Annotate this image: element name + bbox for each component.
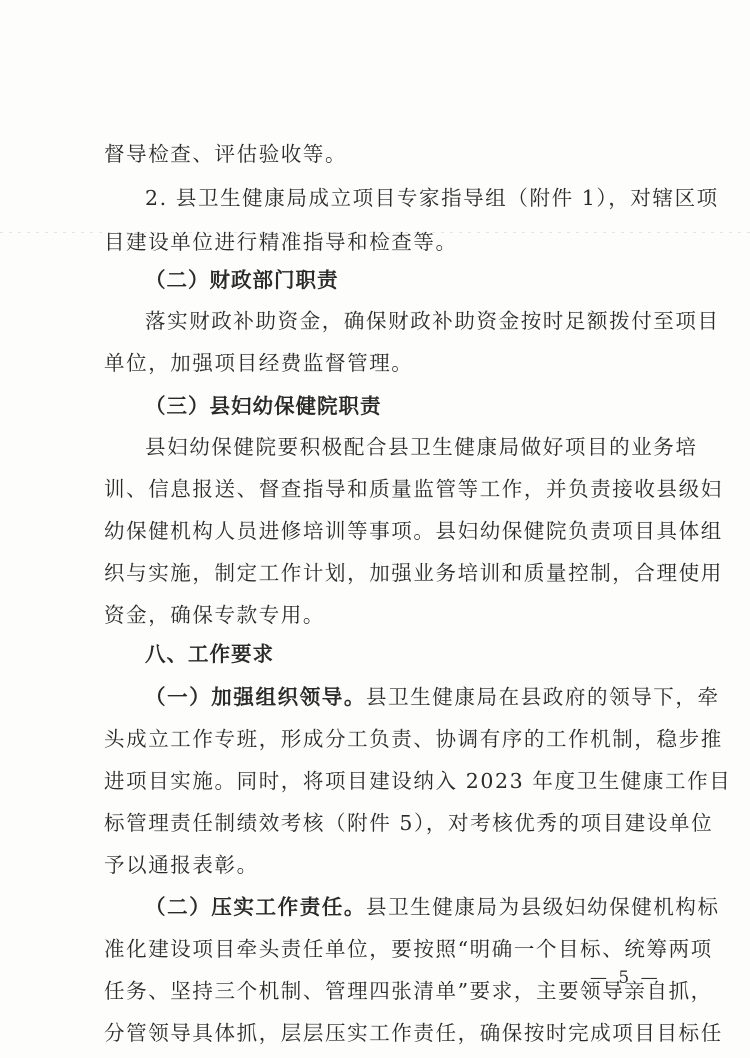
paragraph-line: 县妇幼保健院要积极配合县卫生健康局做好项目的业务培	[145, 433, 652, 461]
paragraph-line: 标管理责任制绩效考核（附件 5），对考核优秀的项目建设单位	[104, 809, 652, 837]
paragraph-line: 督导检查、评估验收等。	[104, 140, 652, 168]
page-number: — 5 —	[590, 968, 661, 988]
paragraph-line: 单位，加强项目经费监督管理。	[104, 349, 652, 377]
paragraph-line: 幼保健机构人员进修培训等事项。县妇幼保健院负责项目具体组	[104, 517, 652, 545]
paragraph-line: 资金，确保专款专用。	[104, 601, 652, 629]
paragraph-line: 目建设单位进行精准指导和检查等。	[104, 228, 652, 256]
paragraph-line: 进项目实施。同时，将项目建设纳入 2023 年度卫生健康工作目	[104, 767, 652, 795]
paragraph-line: 织与实施，制定工作计划，加强业务培训和质量控制，合理使用	[104, 559, 652, 587]
paragraph-line: 落实财政补助资金，确保财政补助资金按时足额拨付至项目	[145, 307, 652, 335]
paragraph-line-with-lead: （一）加强组织领导。县卫生健康局在县政府的领导下，牵	[145, 683, 652, 711]
section-heading-mch: （三）县妇幼保健院职责	[145, 392, 652, 420]
section-heading-finance: （二）财政部门职责	[145, 266, 652, 294]
paragraph-line: 2. 县卫生健康局成立项目专家指导组（附件 1），对辖区项	[145, 184, 652, 212]
lead-heading: （二）压实工作责任。	[145, 895, 366, 919]
lead-text: 县卫生健康局为县级妇幼保健机构标	[366, 895, 720, 919]
paragraph-line: 头成立工作专班，形成分工负责、协调有序的工作机制，稳步推	[104, 725, 652, 753]
paragraph-line-with-lead: （二）压实工作责任。县卫生健康局为县级妇幼保健机构标	[145, 893, 652, 921]
paragraph-line: 任务、坚持三个机制、管理四张清单”要求，主要领导亲自抓，	[104, 977, 652, 1005]
lead-text: 县卫生健康局在县政府的领导下，牵	[366, 685, 720, 709]
paragraph-line: 训、信息报送、督查指导和质量监管等工作，并负责接收县级妇	[104, 475, 652, 503]
lead-heading: （一）加强组织领导。	[145, 685, 366, 709]
document-page: 督导检查、评估验收等。 2. 县卫生健康局成立项目专家指导组（附件 1），对辖区…	[0, 0, 750, 1058]
paragraph-line: 分管领导具体抓，层层压实工作责任，确保按时完成项目目标任	[104, 1019, 652, 1047]
paragraph-line: 准化建设项目牵头责任单位，要按照“明确一个目标、统筹两项	[104, 935, 652, 963]
paragraph-line: 予以通报表彰。	[104, 851, 652, 879]
section-heading-requirements: 八、工作要求	[145, 640, 652, 668]
